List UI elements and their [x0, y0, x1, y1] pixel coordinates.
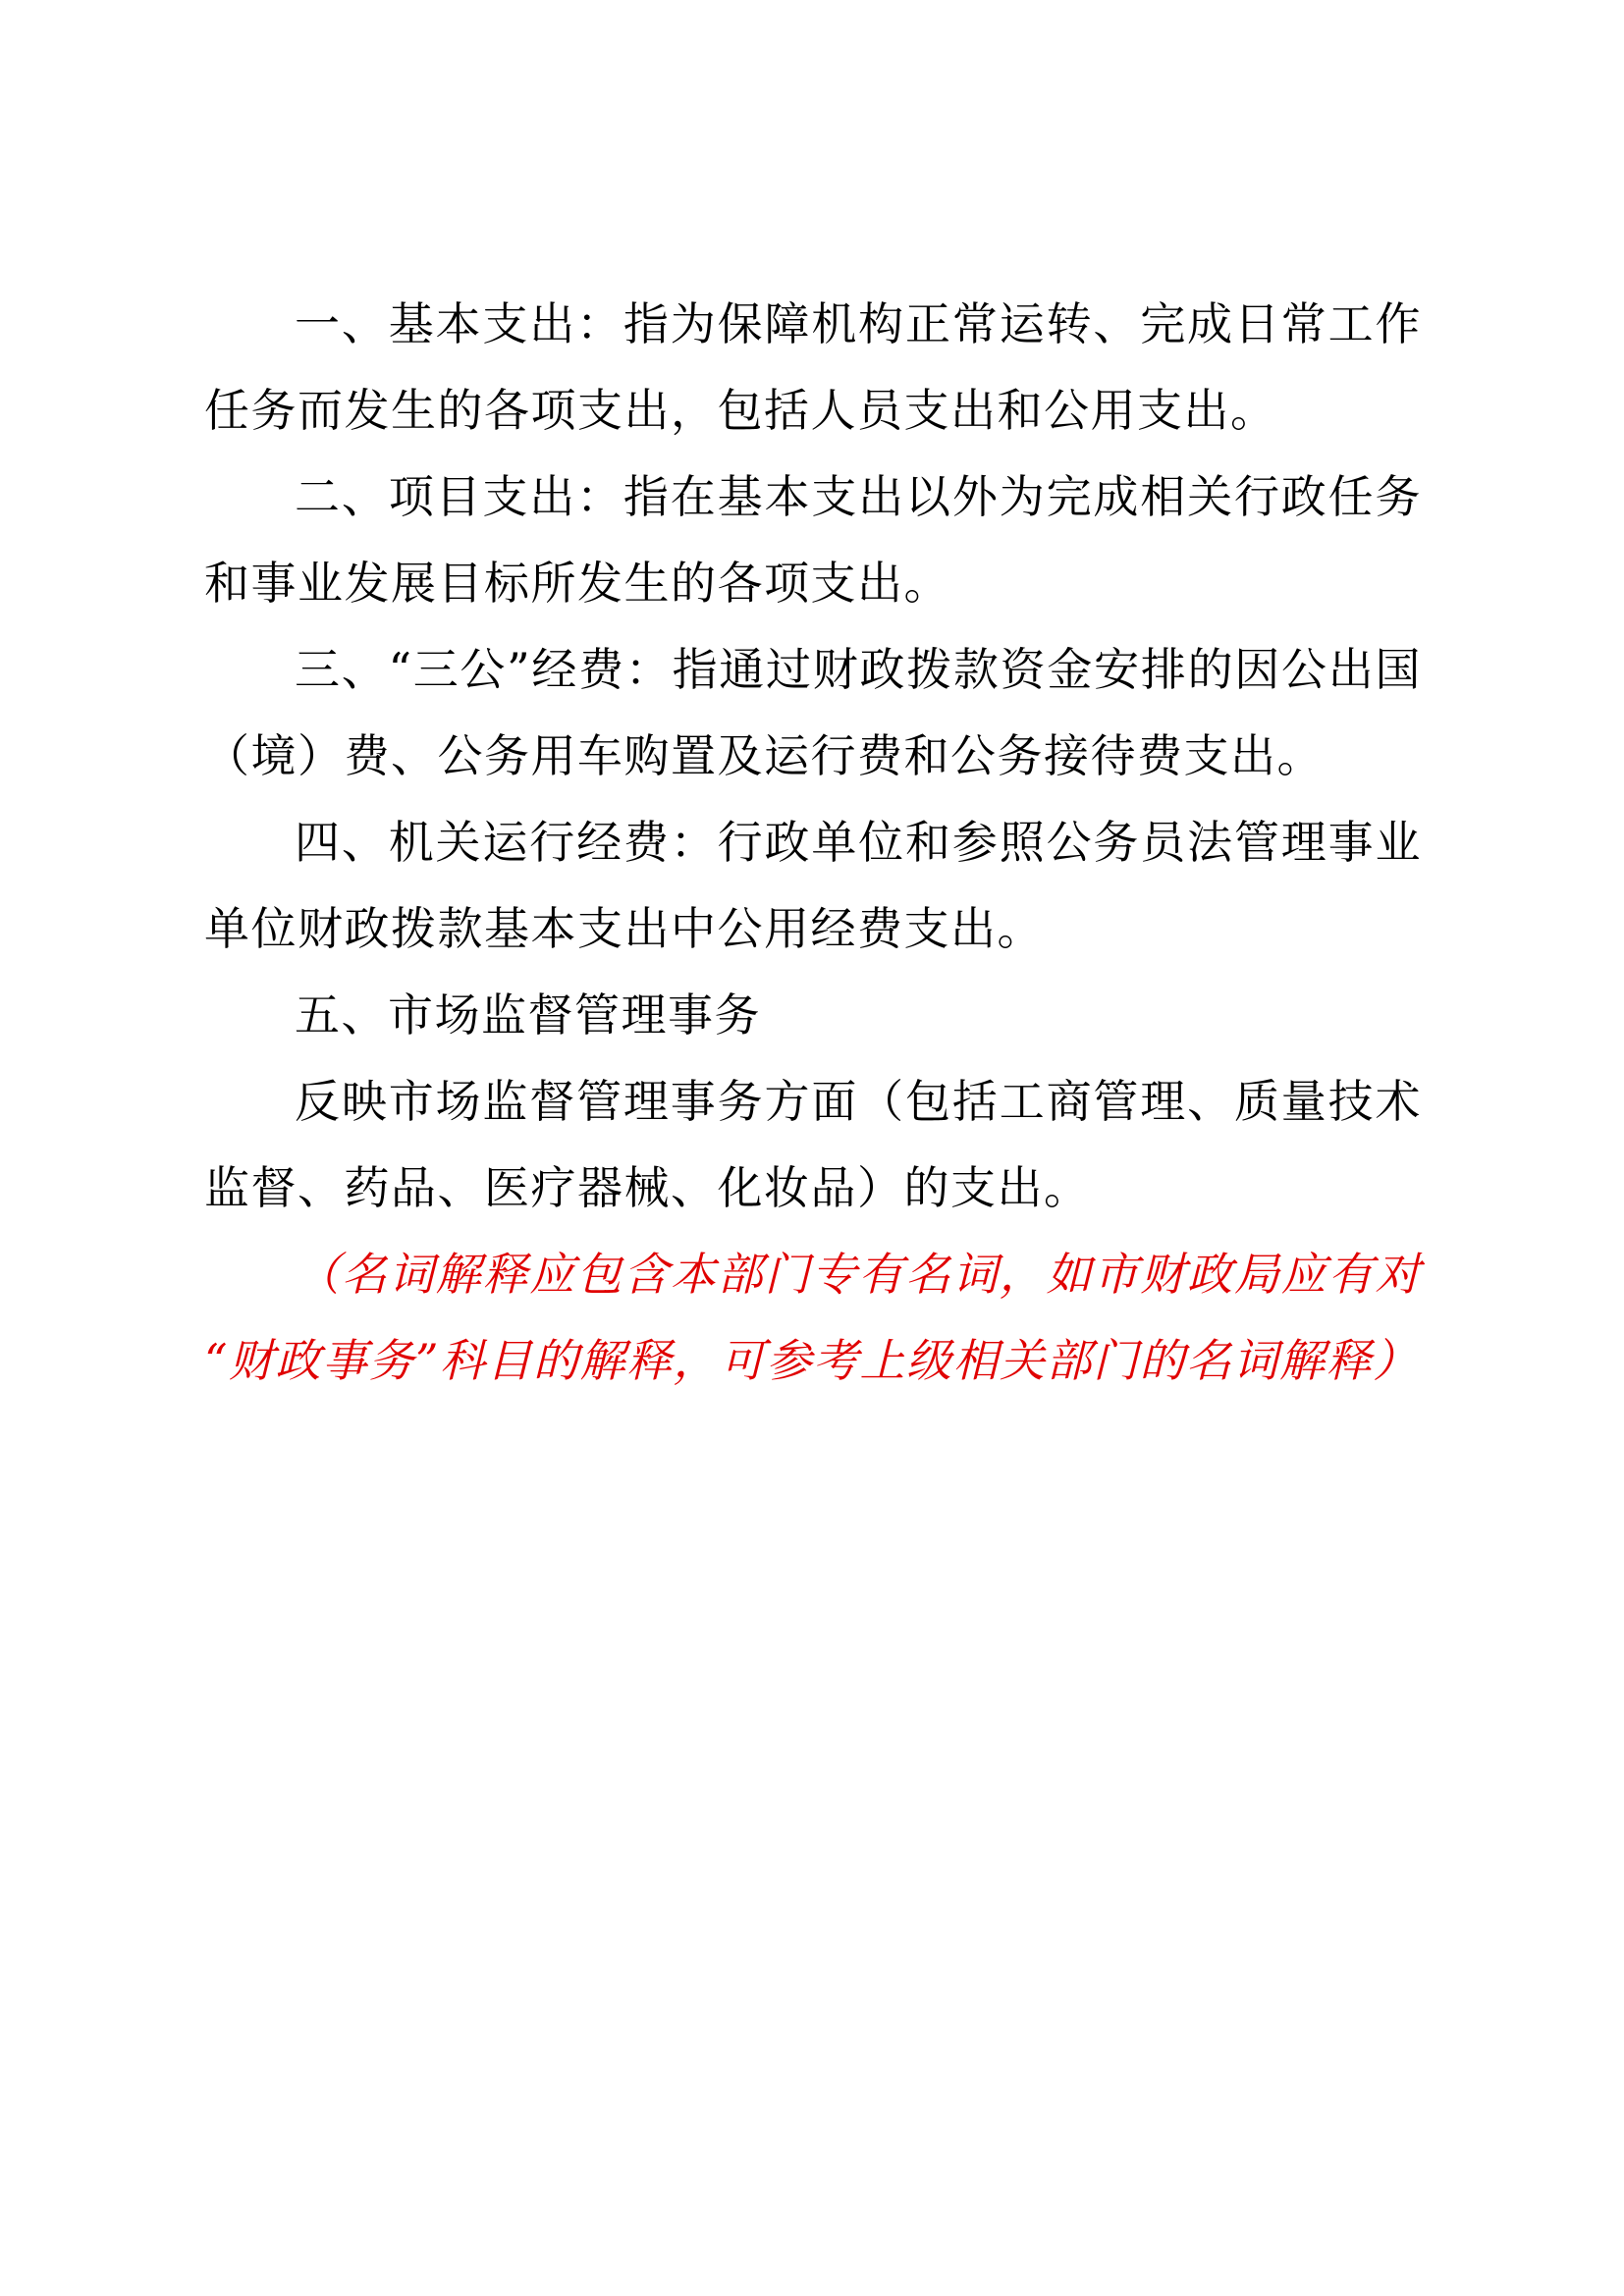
- document-body: 一、基本支出：指为保障机构正常运转、完成日常工作任务而发生的各项支出，包括人员支…: [204, 281, 1422, 1404]
- paragraph-market-supervision-heading: 五、市场监督管理事务: [204, 972, 1422, 1058]
- paragraph-market-supervision-detail: 反映市场监督管理事务方面（包括工商管理、质量技术监督、药品、医疗器械、化妆品）的…: [204, 1058, 1422, 1231]
- paragraph-basic-expenditure: 一、基本支出：指为保障机构正常运转、完成日常工作任务而发生的各项支出，包括人员支…: [204, 281, 1422, 454]
- note-paragraph-red: （名词解释应包含本部门专有名词，如市财政局应有对“财政事务”科目的解释，可参考上…: [204, 1231, 1422, 1404]
- paragraph-project-expenditure: 二、项目支出：指在基本支出以外为完成相关行政任务和事业发展目标所发生的各项支出。: [204, 454, 1422, 626]
- paragraph-agency-operating-funds: 四、机关运行经费：行政单位和参照公务员法管理事业单位财政拨款基本支出中公用经费支…: [204, 799, 1422, 972]
- document-page: 一、基本支出：指为保障机构正常运转、完成日常工作任务而发生的各项支出，包括人员支…: [0, 0, 1624, 2296]
- paragraph-three-public-funds: 三、“三公”经费：指通过财政拨款资金安排的因公出国（境）费、公务用车购置及运行费…: [204, 626, 1422, 799]
